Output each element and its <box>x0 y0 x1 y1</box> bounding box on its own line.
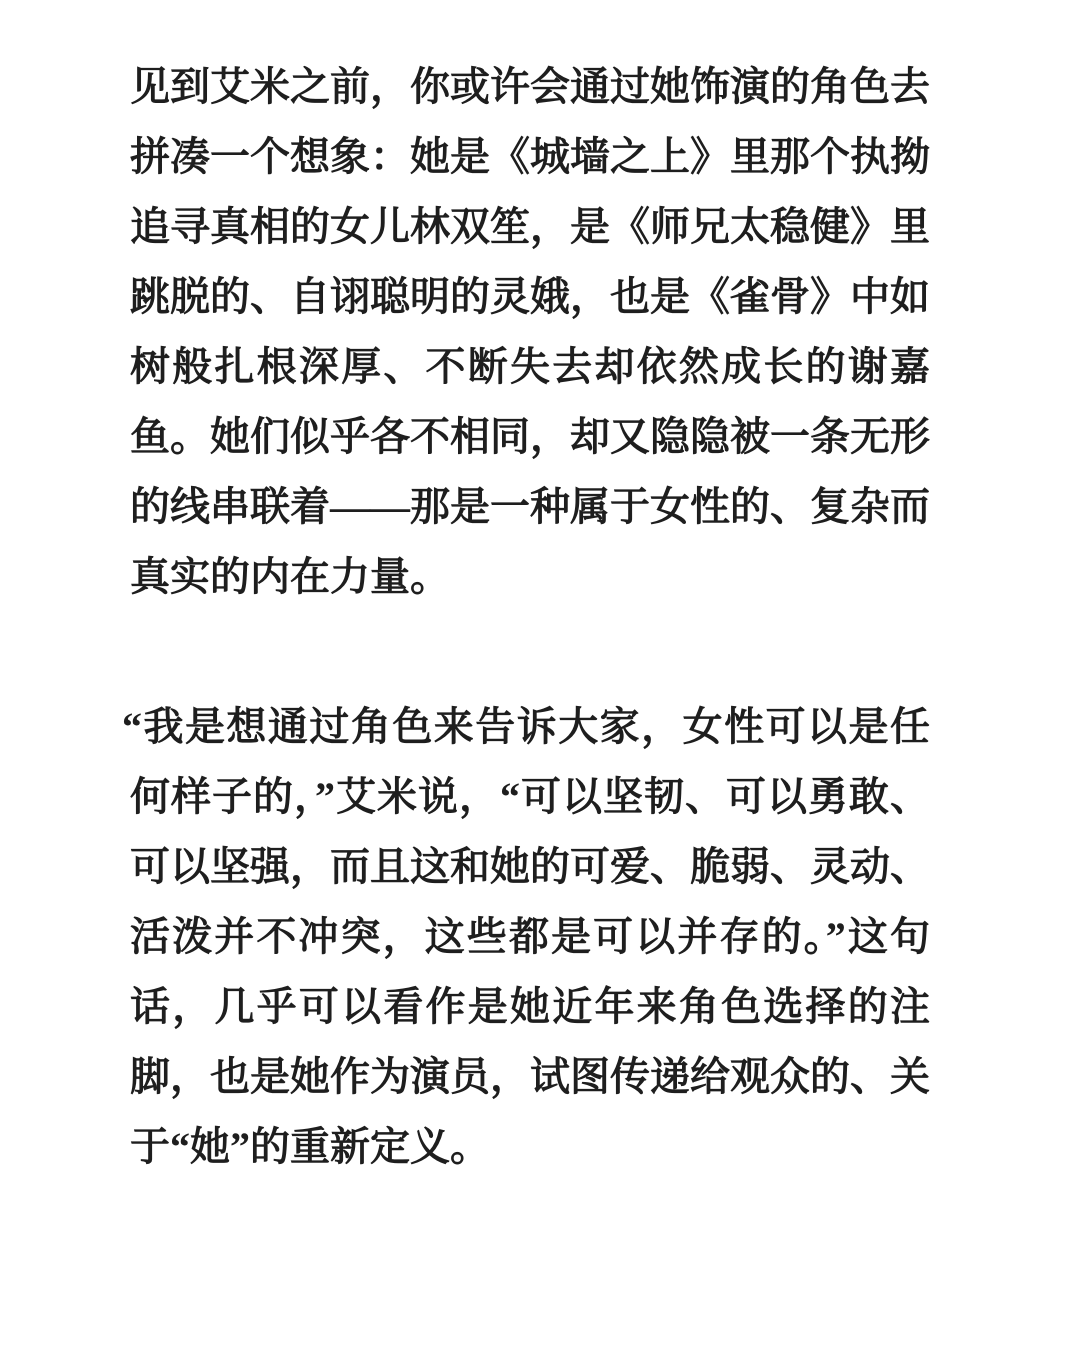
article-paragraph-quote: “我是想通过角色来告诉大家，女性可以是任何样子的，”艾米说，“可以坚韧、可以勇敢… <box>130 692 930 1182</box>
article-paragraph-intro: 见到艾米之前，你或许会通过她饰演的角色去拼凑一个想象：她是《城墙之上》里那个执拗… <box>130 52 930 612</box>
page-background: { "page": { "background_color": "#ffffff… <box>0 0 1080 1365</box>
article-page: 见到艾米之前，你或许会通过她饰演的角色去拼凑一个想象：她是《城墙之上》里那个执拗… <box>0 0 1080 1182</box>
